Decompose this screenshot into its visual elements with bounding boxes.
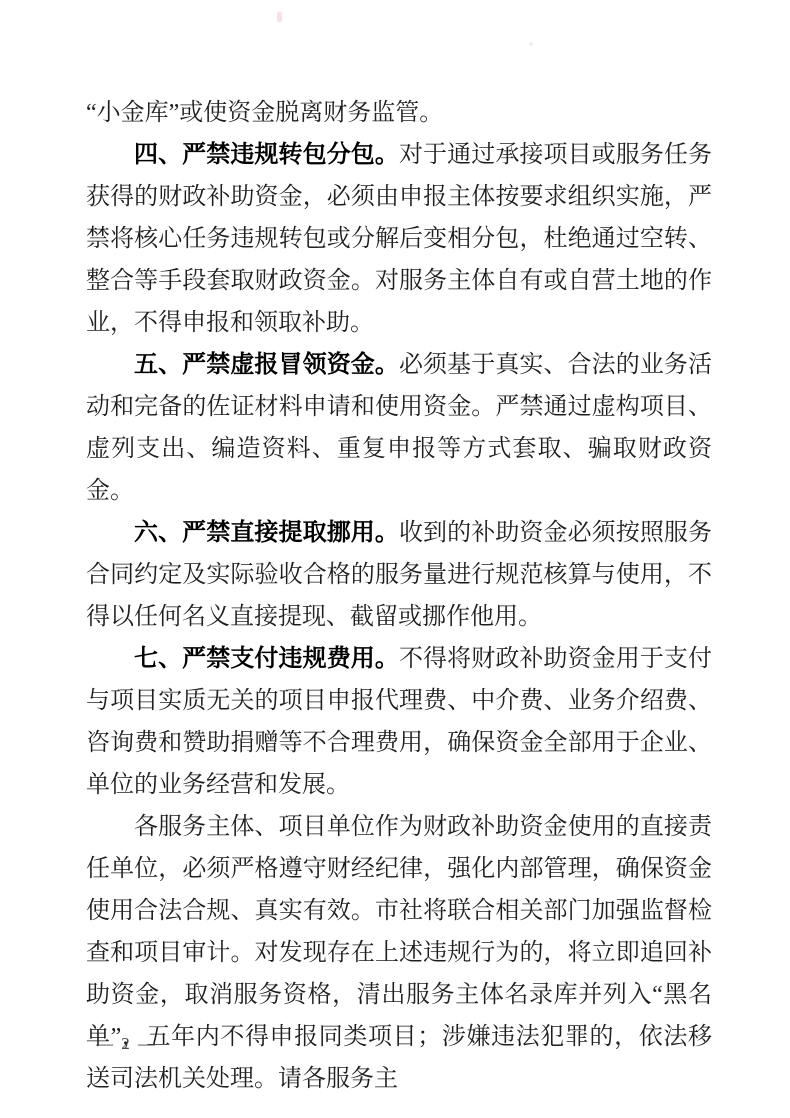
paragraph-heading: 四、严禁违规转包分包。	[134, 141, 399, 168]
scanned-document-page: “小金库”或使资金脱离财务监管。 四、严禁违规转包分包。对于通过承接项目或服务任…	[0, 0, 790, 1118]
paragraph-closing: 各服务主体、项目单位作为财政补助资金使用的直接责任单位，必须严格遵守财经纪律，强…	[86, 806, 712, 1100]
paragraph-text: “小金库”或使资金脱离财务监管。	[86, 100, 443, 126]
paragraph-item-6: 六、严禁直接提取挪用。收到的补助资金必须按照服务合同约定及实际验收合格的服务量进…	[86, 512, 712, 638]
paragraph-item-5: 五、严禁虚报冒领资金。必须基于真实、合法的业务活动和完备的佐证材料申请和使用资金…	[86, 344, 712, 512]
page-number: — 2 —	[96, 1032, 157, 1056]
paragraph-item-4: 四、严禁违规转包分包。对于通过承接项目或服务任务获得的财政补助资金，必须由申报主…	[86, 134, 712, 344]
paragraph-text: 各服务主体、项目单位作为财政补助资金使用的直接责任单位，必须严格遵守财经纪律，强…	[86, 814, 712, 1092]
scan-artifact-speck	[277, 12, 282, 22]
paragraph-text: 对于通过承接项目或服务任务获得的财政补助资金，必须由申报主体按要求组织实施，严禁…	[86, 142, 712, 336]
document-body: “小金库”或使资金脱离财务监管。 四、严禁违规转包分包。对于通过承接项目或服务任…	[86, 92, 712, 1100]
paragraph-heading: 七、严禁支付违规费用。	[134, 645, 399, 672]
paragraph-heading: 五、严禁虚报冒领资金。	[134, 351, 399, 378]
paragraph-continuation: “小金库”或使资金脱离财务监管。	[86, 92, 712, 134]
scan-artifact-speck	[529, 42, 533, 46]
paragraph-heading: 六、严禁直接提取挪用。	[134, 519, 399, 546]
paragraph-item-7: 七、严禁支付违规费用。不得将财政补助资金用于支付与项目实质无关的项目申报代理费、…	[86, 638, 712, 806]
